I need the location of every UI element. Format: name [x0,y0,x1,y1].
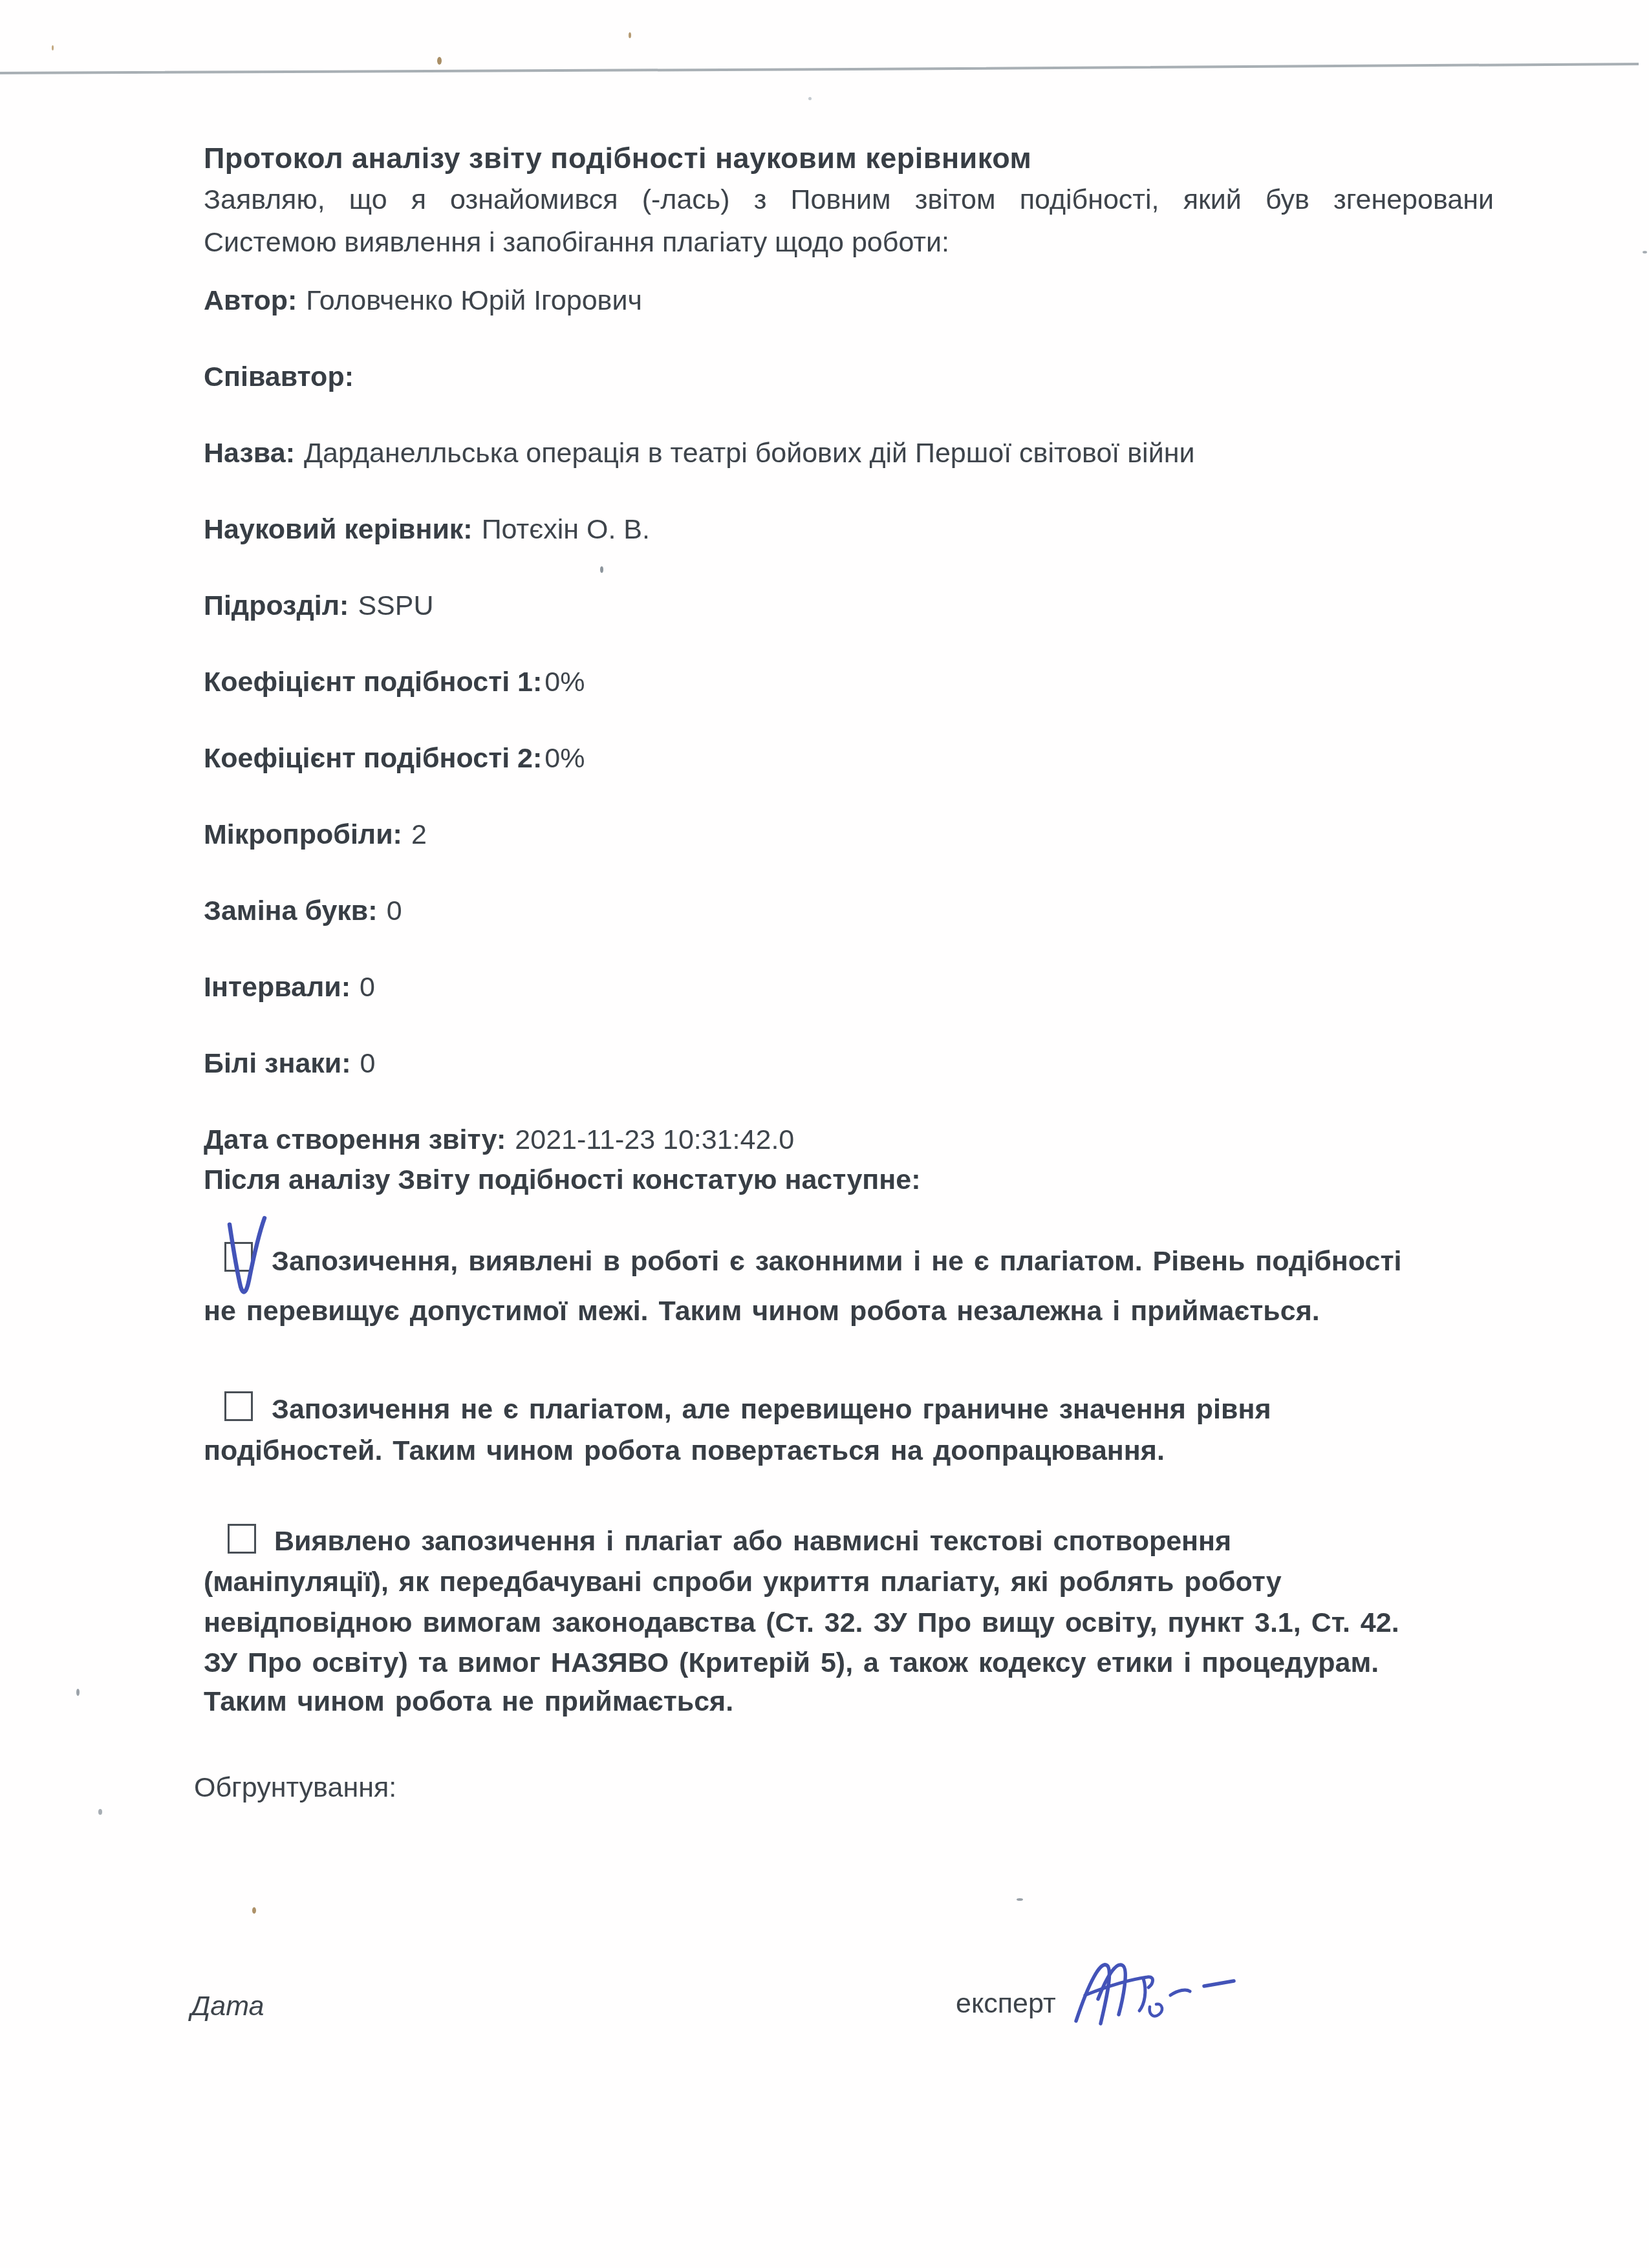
scan-speck [252,1907,256,1914]
field-label: Мікропробіли: [204,819,402,850]
option-3-line-4: ЗУ Про освіту) та вимог НАЗЯВО (Критерій… [204,1647,1379,1679]
expert-label: експерт [956,1987,1056,2020]
field-label: Дата створення звіту: [204,1124,506,1155]
field-value: Дарданелльська операція в театрі бойових… [304,438,1194,469]
intro-line-1: Заявляю, що я ознайомився (-лась) з Повн… [204,184,1494,217]
field-label: Коефіцієнт подібності 1: [204,667,542,698]
option-1-line-2: не перевищує допустимої межі. Таким чино… [204,1296,1320,1327]
field-value: 0% [544,743,585,774]
field-label: Заміна букв: [204,895,378,926]
field-microspaces: Мікропробіли:2 [204,818,427,851]
field-value: Головченко Юрій Ігорович [306,285,642,316]
scan-speck [1643,251,1647,253]
scanned-protocol-page: Протокол аналізу звіту подібності науков… [0,0,1649,2268]
field-author: Автор:Головченко Юрій Ігорович [204,284,642,317]
field-letter-substitution: Заміна букв:0 [204,895,402,928]
field-label: Білі знаки: [204,1048,351,1079]
field-value: 2021-11-23 10:31:42.0 [515,1124,794,1155]
date-label: Дата [191,1990,264,2023]
option-3-line-2: (маніпуляції), як передбачувані спроби у… [204,1567,1282,1598]
field-value: Потєхін О. В. [482,514,650,545]
field-label: Автор: [204,285,297,316]
option-3-line-3: невідповідною вимогам законодавства (Ст.… [204,1607,1399,1639]
scan-artifact-line [0,58,1649,84]
field-label: Інтервали: [204,972,350,1003]
option-2-line-2: подібностей. Таким чином робота повертає… [204,1435,1165,1467]
expert-signature [1067,1945,1255,2042]
field-label: Назва: [204,438,295,469]
scan-speck [600,566,603,573]
field-label: Коефіцієнт подібності 2: [204,743,542,774]
option-2-line-1: Запозичення не є плагіатом, але перевище… [272,1394,1271,1426]
field-coauthor: Співавтор: [204,361,363,394]
field-title-of-work: Назва:Дарданелльська операція в театрі б… [204,437,1194,470]
page-title: Протокол аналізу звіту подібності науков… [204,141,1031,175]
scan-speck [52,45,54,50]
field-white-signs: Білі знаки:0 [204,1047,376,1080]
scan-speck [808,97,812,100]
field-similarity-coefficient-2: Коефіцієнт подібності 2:0% [204,742,585,775]
checkbox-option-2[interactable] [224,1391,253,1421]
checkmark-icon [215,1214,280,1300]
checkbox-option-3[interactable] [228,1524,256,1554]
field-label: Підрозділ: [204,590,349,621]
scan-speck [98,1809,102,1815]
field-value: 0 [360,1048,376,1079]
field-supervisor: Науковий керівник:Потєхін О. В. [204,513,650,546]
field-report-creation-date: Дата створення звіту:2021-11-23 10:31:42… [204,1124,794,1157]
field-value: 0% [544,667,585,698]
field-label: Співавтор: [204,361,354,392]
scan-speck [629,32,631,38]
option-3-line-1: Виявлено запозичення і плагіат або навми… [274,1526,1231,1557]
justification-label: Обгрунтування: [194,1771,396,1804]
field-department: Підрозділ:SSPU [204,590,433,623]
option-3-line-5: Таким чином робота не приймається. [204,1686,733,1718]
intro-line-2: Системою виявлення і запобігання плагіат… [204,226,949,259]
field-label: Науковий керівник: [204,514,473,545]
field-similarity-coefficient-1: Коефіцієнт подібності 1:0% [204,666,585,699]
field-value: 2 [411,819,427,850]
statement-header: Після аналізу Звіту подібності констатую… [204,1164,921,1197]
field-value: 0 [360,972,375,1003]
scan-speck [76,1689,80,1696]
scan-speck [1017,1898,1023,1901]
field-intervals: Інтервали:0 [204,971,375,1004]
field-value: SSPU [358,590,433,621]
option-1-line-1: Запозичення, виявлені в роботі є законни… [272,1246,1401,1278]
field-value: 0 [387,895,402,926]
scan-speck [437,57,442,65]
